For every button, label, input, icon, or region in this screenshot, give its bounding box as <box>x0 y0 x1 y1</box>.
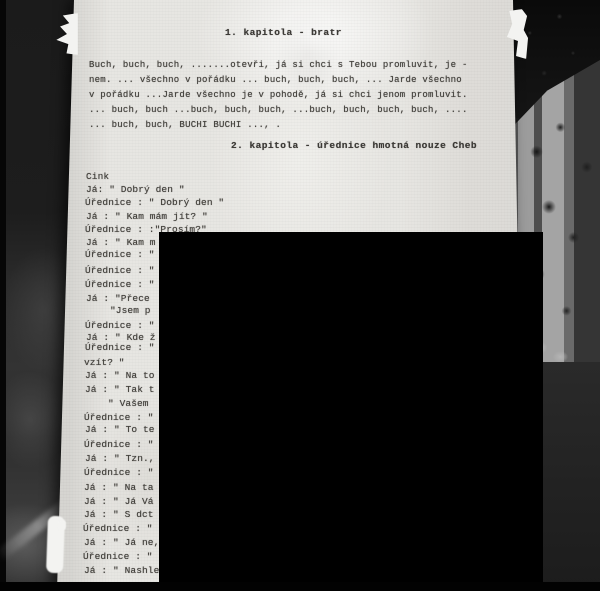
dialogue-line: Já : " S dct <box>84 509 154 520</box>
dialogue-line: Já : " Nashle <box>84 565 159 576</box>
dialogue-line: vzít? " <box>84 357 125 368</box>
dialogue-line: "Jsem p <box>110 305 151 316</box>
dialogue-line: Úřednice : " <box>83 551 153 562</box>
paragraph-line: Buch, buch, buch, .......otevři, já si c… <box>89 58 468 73</box>
dialogue-line: Já : "Přece <box>86 293 150 304</box>
dialogue-line: Já : " Na ta <box>84 482 154 493</box>
dialogue-line: " Vašem <box>108 398 149 409</box>
redaction-overlay <box>159 232 543 583</box>
watermark-letter-fragment-bottom-left-notch-icon <box>58 520 66 530</box>
photo-bottom-black-strip <box>0 582 600 591</box>
chapter2-heading: 2. kapitola - úřednice hmotná nouze Cheb <box>231 140 477 151</box>
dialogue-line: Úřednice : " <box>85 279 155 290</box>
dialogue-line: Já : " Kam m <box>86 237 156 248</box>
dialogue-line: Já : " Kam mám jít? " <box>86 211 208 222</box>
paragraph-line: v pořádku ...Jarde všechno je v pohodě, … <box>89 88 468 103</box>
photographed-document-screenshot: 1. kapitola - bratr Buch, buch, buch, ..… <box>0 0 600 591</box>
dialogue-line: Já : " Tzn., <box>85 453 155 464</box>
paragraph-line: ... buch, buch, BUCHI BUCHI ..., . <box>89 118 468 133</box>
dialogue-line: Já : " To te <box>85 424 155 435</box>
paragraph-line: nem. ... všechno v pořádku ... buch, buc… <box>89 73 468 88</box>
dialogue-line: Úřednice : " Dobrý den " <box>85 197 224 208</box>
chapter1-paragraph: Buch, buch, buch, .......otevři, já si c… <box>89 58 468 133</box>
dialogue-line: Úřednice : " <box>85 265 155 276</box>
dialogue-line: Úřednice : " <box>83 523 153 534</box>
dialogue-line: Já: " Dobrý den " <box>86 184 185 195</box>
dialogue-line: Úřednice : " <box>84 467 154 478</box>
chapter1-heading: 1. kapitola - bratr <box>225 27 342 38</box>
dialogue-line: Úřednice : " <box>84 412 154 423</box>
dialogue-line: Já : " Tak t <box>85 384 155 395</box>
dialogue-line: Úřednice : " <box>85 249 155 260</box>
dialogue-line: Úřednice : " <box>85 320 155 331</box>
dialogue-line: Já : " Já Vá <box>84 496 154 507</box>
dialogue-line: Já : " Na to <box>85 370 155 381</box>
paragraph-line: ... buch, buch ...buch, buch, buch, ...b… <box>89 103 468 118</box>
dialogue-line: Já : " Já ne, <box>84 537 159 548</box>
dialogue-line: Cink <box>86 171 109 182</box>
dialogue-line: Úřednice : " <box>84 439 154 450</box>
dialogue-line: Úřednice : " <box>85 342 155 353</box>
